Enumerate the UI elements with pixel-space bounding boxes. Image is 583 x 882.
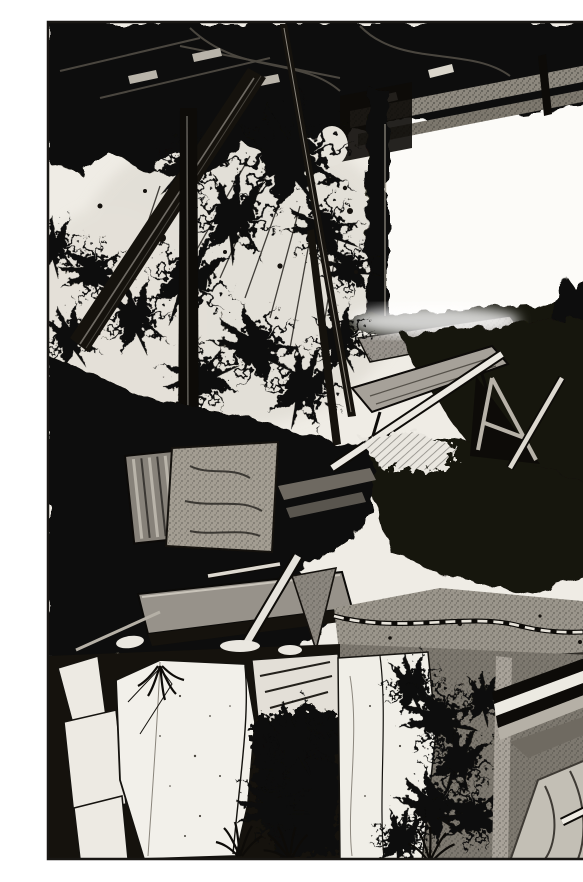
- cardboard-slab: [166, 442, 278, 552]
- manga-panel: [40, 16, 583, 866]
- big-slab: [116, 660, 255, 859]
- window-frame: [366, 88, 388, 334]
- panel-artwork: [40, 16, 583, 866]
- wall-post: [178, 108, 199, 441]
